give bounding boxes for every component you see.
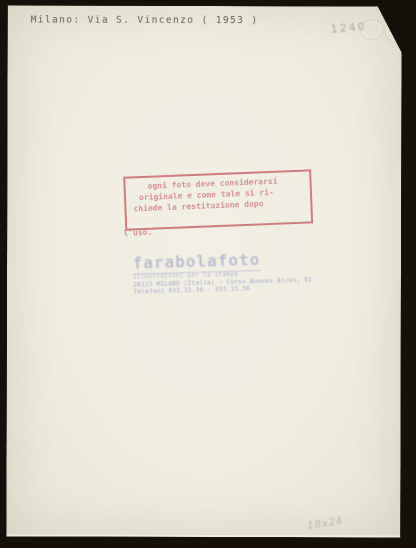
typed-caption: Milano: Via S. Vincenzo ( 1953 ) xyxy=(31,15,259,27)
agency-name: farabolafoto xyxy=(132,250,260,275)
size-pencil-note: 18x24 xyxy=(307,516,344,532)
agency-rubber-stamp: farabolafoto illustrazioni per la stampa… xyxy=(132,248,313,297)
stamp-text-line: l'uso. xyxy=(123,227,152,239)
corner-pencil-mark: 9 xyxy=(388,21,404,36)
copyright-rubber-stamp: ogni foto deve considerarsi originale e … xyxy=(123,169,313,230)
emboss-mark xyxy=(383,16,413,44)
photo-back-card: Milano: Via S. Vincenzo ( 1953 ) 1240 9 … xyxy=(6,5,401,537)
